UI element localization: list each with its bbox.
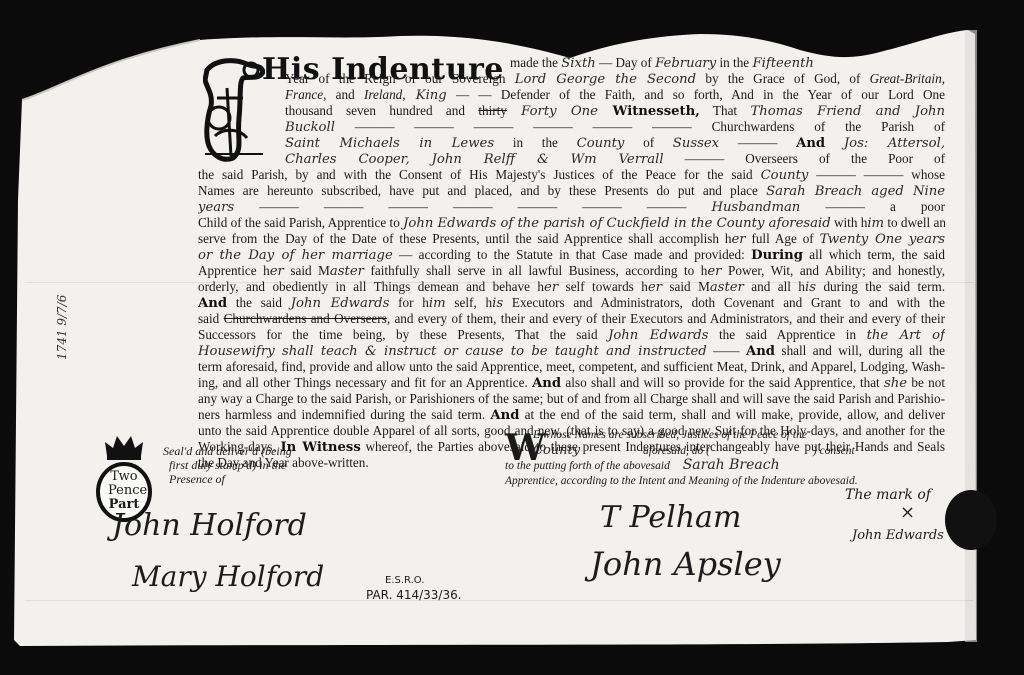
blackletter-word: In Witness (280, 440, 360, 455)
handwritten-entry: er (544, 280, 558, 295)
printed-text: to dwell and (884, 215, 945, 230)
printed-text: ners harmless and indemnified during the… (198, 407, 490, 422)
attestation-clause: Seal'd and deliver'd (being first duly s… (163, 444, 292, 486)
printed-italic: France (285, 87, 323, 102)
handwritten-entry: the Art of (867, 328, 945, 343)
handwritten-entry: Twenty One years (820, 232, 945, 247)
blackletter-word: And (490, 408, 519, 423)
printed-text: in the (716, 55, 752, 70)
attestation-line: Presence of (163, 472, 292, 486)
justice-signature: T Pelham (600, 500, 741, 535)
printed-text: with h (831, 215, 868, 230)
indenture-line: any way a Charge to the said Parish, or … (198, 390, 945, 407)
printed-text: — — Defender of the Faith, and so forth,… (447, 87, 945, 102)
struck-text: Churchwardens and Overseers (224, 311, 387, 326)
printed-text: ——— ——— ——— ——— ——— ——— ——— (234, 199, 711, 214)
justices-line: Apprentice, according to the Intent and … (505, 474, 858, 489)
master-mark-cross: × (900, 502, 915, 523)
printed-text: Year of the Reign of our Sovereign (285, 71, 515, 86)
printed-text: said M (284, 263, 330, 278)
attestation-line: first duly stamp'd) in the (163, 458, 292, 472)
printed-text: made the (510, 55, 561, 70)
handwritten-apprentice-name: Sarah Breach (673, 457, 780, 473)
handwritten-entry: County (577, 136, 625, 151)
printed-text: self towards h (558, 279, 648, 294)
handwritten-entry: im (429, 296, 446, 311)
handwritten-entry: er (270, 264, 284, 279)
handwritten-county: County (533, 443, 580, 458)
handwritten-entry: King (406, 88, 447, 103)
justices-line: E whose Names are subscribed, Justices o… (533, 428, 855, 443)
printed-text: Successors for the time being, by these … (198, 327, 608, 342)
handwritten-entry: Buckoll (285, 120, 335, 135)
archive-ref-number: PAR. 414/33/36. (366, 588, 462, 602)
attestation-line: Seal'd and deliver'd (being (163, 444, 292, 458)
printed-text: during the said term. (816, 279, 945, 294)
blackletter-word: And (532, 376, 561, 391)
printed-text: —— (707, 343, 746, 358)
printed-text: of (624, 135, 672, 150)
handwritten-entry: she (884, 376, 907, 391)
blackletter-word: During (751, 248, 803, 263)
printed-text: thousand seven hundred and (285, 103, 478, 118)
justices-line: to the putting forth of the abovesaid (505, 460, 670, 472)
handwritten-entry: Forty One (507, 104, 598, 119)
printed-text: for h (389, 295, 429, 310)
blackletter-word: Witnesseth, (598, 104, 700, 119)
handwritten-entry: or the Day of her marriage (198, 248, 393, 263)
printed-text: serve from the Day of the Date of these … (198, 231, 731, 246)
blackletter-word: And (796, 136, 825, 151)
stamp-line: Two (108, 470, 140, 484)
handwritten-entry: is (492, 296, 503, 311)
printed-text: in the (494, 135, 577, 150)
printed-text: Power, Wit, and Ability; and honestly, (721, 263, 945, 278)
blackletter-word: And (746, 344, 775, 359)
handwritten-entry: Fifteenth (752, 56, 813, 71)
handwritten-entry: im (867, 216, 884, 231)
printed-text: the said Parish, by and with the Consent… (198, 167, 761, 182)
printed-text: said (198, 311, 224, 326)
justice-signature: John Apsley (590, 545, 781, 583)
printed-text: Apprentice h (198, 263, 270, 278)
printed-text: , and (323, 87, 364, 102)
handwritten-entry: er (707, 264, 721, 279)
printed-text: term aforesaid, find, provide and allow … (198, 359, 945, 374)
justices-line: aforesaid, do ( (583, 445, 710, 457)
fold-line (25, 600, 974, 601)
handwritten-entry: Lord George the Second (515, 72, 696, 87)
printed-text: — Day of (596, 55, 655, 70)
printed-text: ——— Overseers of the Poor of (664, 151, 945, 166)
handwritten-entry: John Edwards of the parish of Cuckfield … (403, 216, 831, 231)
justices-line: ) consent (713, 445, 855, 457)
witness-signature: Mary Holford (132, 560, 324, 593)
handwritten-entry: Sixth (561, 56, 595, 71)
justices-clause-cont: to the putting forth of the abovesaid Sa… (505, 458, 858, 489)
wax-seal-icon (945, 490, 997, 550)
printed-italic: Ireland, (364, 87, 406, 102)
blackletter-word: And (198, 296, 227, 311)
margin-note: 1741 9/7/6 (55, 295, 69, 360)
printed-text: ——— a poor (800, 199, 945, 214)
indenture-line: term aforesaid, find, provide and allow … (198, 358, 945, 375)
printed-text: at the end of the said term, shall and w… (519, 407, 945, 422)
printed-text: ing, and all other Things necessary and … (198, 375, 532, 390)
handwritten-entry: February (655, 56, 716, 71)
printed-text: self, h (446, 295, 492, 310)
master-mark-label: The mark of (845, 487, 931, 503)
printed-text: the said Apprentice in (708, 327, 866, 342)
handwritten-entry: Sarah Breach aged Nine (766, 184, 945, 199)
handwritten-entry: aster (710, 280, 744, 295)
archive-ref-label: E.S.R.O. (385, 575, 424, 586)
printed-text: and all h (744, 279, 805, 294)
printed-text: , and every of them, their and every of … (387, 311, 945, 326)
printed-text: Names are hereunto subscribed, have put … (198, 183, 766, 198)
handwritten-entry: Thomas Friend and John (750, 104, 945, 119)
indenture-line: said Churchwardens and Overseers, and ev… (198, 310, 945, 327)
handwritten-entry: Saint Michaels in Lewes (285, 136, 494, 151)
printed-text (825, 135, 844, 150)
handwritten-entry: John Edwards (608, 328, 708, 343)
handwritten-entry: er (648, 280, 662, 295)
printed-text: all which term, the said (803, 247, 945, 262)
printed-text: full Age of (746, 231, 820, 246)
handwritten-entry: Charles Cooper, John Relff & Wm Verrall (285, 152, 664, 167)
witness-signature: John Holford (112, 508, 307, 543)
printed-text: orderly, and obediently in all Things de… (198, 279, 544, 294)
printed-text: ——— (719, 135, 796, 150)
master-mark-name: John Edwards (852, 528, 944, 543)
handwritten-entry: years (198, 200, 234, 215)
printed-text: Executors and Administrators, doth Coven… (503, 295, 945, 310)
handwritten-entry: is (805, 280, 816, 295)
stamp-text: Two Pence Part (108, 470, 140, 512)
stamp-line: Pence (108, 484, 140, 498)
printed-text: the said (227, 295, 291, 310)
handwritten-entry: John Edwards (291, 296, 390, 311)
handwritten-entry: er (731, 232, 745, 247)
printed-text: by the Grace of God, of (696, 71, 870, 86)
decorative-initial-icon (203, 58, 265, 162)
printed-text: faithfully shall serve in all lawful Bus… (364, 263, 707, 278)
handwritten-entry: County (761, 168, 809, 183)
printed-text: That (700, 103, 751, 118)
printed-text: Child of the said Parish, Apprentice to (198, 215, 403, 230)
handwritten-entry: Sussex (673, 136, 719, 151)
printed-text: — according to the Statute in that Case … (393, 247, 751, 262)
handwritten-entry: Husbandman (711, 200, 800, 215)
printed-text: ——— ——— whose (808, 167, 945, 182)
justices-clause: E whose Names are subscribed, Justices o… (533, 428, 855, 459)
printed-text: shall and will, during all the (775, 343, 945, 358)
handwritten-entry: Jos: Attersol, (844, 136, 945, 151)
printed-text: said M (662, 279, 710, 294)
struck-text: thirty (478, 103, 507, 118)
handwritten-entry: aster (330, 264, 364, 279)
printed-text: be not (907, 375, 945, 390)
printed-text: ——— ——— ——— ——— ——— ——— Churchwardens of… (335, 119, 945, 134)
printed-text: any way a Charge to the said Parish, or … (198, 391, 945, 406)
printed-text: also shall and will so provide for the s… (561, 375, 884, 390)
printed-italic: Great-Britain, (870, 71, 945, 86)
handwritten-entry: Housewifry shall teach & instruct or cau… (198, 344, 707, 359)
